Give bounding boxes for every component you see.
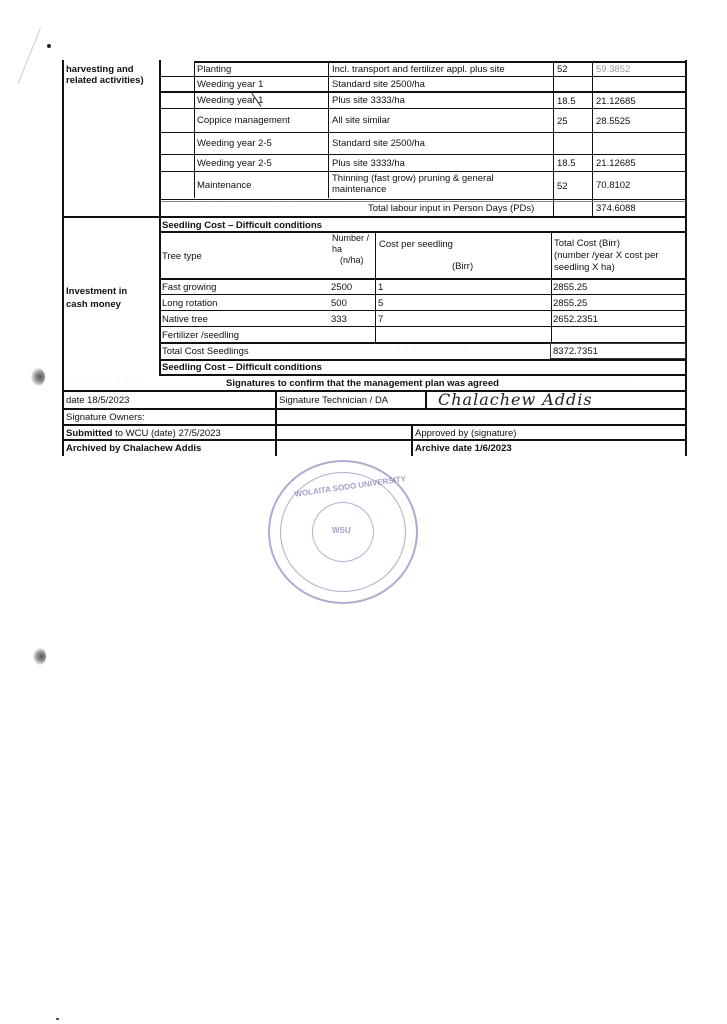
activity-cell: Coppice management [197,115,290,126]
seedling-total-label: Total Cost Seedlings [162,346,249,357]
activity-cell: Maintenance [197,180,251,191]
seedling-cost-footer: Seedling Cost – Difficult conditions [162,362,322,373]
activity-cell: Planting [197,64,231,75]
pd-cell: 25 [557,116,568,127]
pd-cell: 18.5 [557,96,576,107]
ink-dot [47,44,51,48]
submitted-to-wcu: Submitted to WCU (date) 27/5/2023 [66,428,221,439]
scan-noise: · · · · · · · · · · · · · · · · · · · · … [290,347,468,354]
scan-noise: · · · · · · · · · · [68,379,147,386]
tree-type-cell: Native tree [162,314,208,325]
activity-cell: Weeding year 1 [197,79,263,90]
pd-cell: 52 [557,64,568,75]
table-border [328,62,329,198]
activity-cell: Weeding year 2-5 [197,158,272,169]
activity-cell: Weeding year 2-5 [197,138,272,149]
description-cell: Plus site 3333/ha [332,158,405,169]
labour-total-label: Total labour input in Person Days (PDs) [368,203,534,214]
number-cell: 500 [331,298,347,309]
tree-type-cell: Fertilizer /seedling [162,330,239,341]
tree-type-cell: Fast growing [162,282,216,293]
signature-date: date 18/5/2023 [66,395,129,406]
tree-type-cell: Long rotation [162,298,217,309]
description-cell: Standard site 2500/ha [332,79,425,90]
approved-by-label: Approved by (signature) [415,428,516,439]
section-label: Investment in cash money [66,285,127,311]
value-cell: 21.12685 [596,96,636,107]
pd-cell: 52 [557,181,568,192]
value-cell: 59.3852 [596,64,630,75]
col-header-cost-unit: (Birr) [452,261,473,272]
col-header-total: Total Cost (Birr) (number /year X cost p… [554,238,659,274]
col-header-tree-type: Tree type [162,251,202,262]
owners-signature-label: Signature Owners: [66,412,145,423]
hole-punch-mark [31,368,45,386]
hole-punch-mark [33,648,46,665]
value-cell: 28.5525 [596,116,630,127]
description-cell: All site similar [332,115,390,126]
technician-signature-label: Signature Technician / DA [279,395,388,406]
number-cell: 2500 [331,282,352,293]
official-stamp: WOLAITA SODO UNIVERSITY WSU [268,460,418,604]
table-border [62,60,64,456]
table-border [194,62,195,198]
number-cell: 333 [331,314,347,325]
labour-total-value: 374.6088 [596,203,636,214]
total-cell: 2652.2351 [553,314,598,325]
section-label: harvesting and related activities) [66,64,144,86]
cost-cell: 5 [378,298,383,309]
pd-cell: 18.5 [557,158,576,169]
col-header-cost: Cost per seedling [379,239,453,250]
seedling-cost-header: Seedling Cost – Difficult conditions [162,220,322,231]
table-border [685,60,687,456]
cost-cell: 7 [378,314,383,325]
total-cell: 2855.25 [553,298,587,309]
scan-noise: · · · · · · · · · · · · · · · · · · · · … [164,203,342,210]
archive-date: Archive date 1/6/2023 [415,443,512,454]
description-cell: Standard site 2500/ha [332,138,425,149]
signatures-heading: Signatures to confirm that the managemen… [226,378,499,389]
description-cell: Plus site 3333/ha [332,95,405,106]
total-cell: 2855.25 [553,282,587,293]
value-cell: 70.8102 [596,180,630,191]
technician-signature: Chalachew Addis [438,390,593,409]
archived-by: Archived by Chalachew Addis [66,443,201,454]
table-border [553,62,554,216]
scan-mark [18,28,41,84]
scan-mark [56,1018,59,1020]
description-cell: Thinning (fast grow) pruning & general m… [332,173,494,195]
value-cell: 21.12685 [596,158,636,169]
col-header-number: Number / ha (n/ha) [332,233,369,266]
table-border [592,62,593,216]
cost-cell: 1 [378,282,383,293]
scan-noise: · · · · · · · · · · · · · [528,379,632,386]
description-cell: Incl. transport and fertilizer appl. plu… [332,64,505,75]
